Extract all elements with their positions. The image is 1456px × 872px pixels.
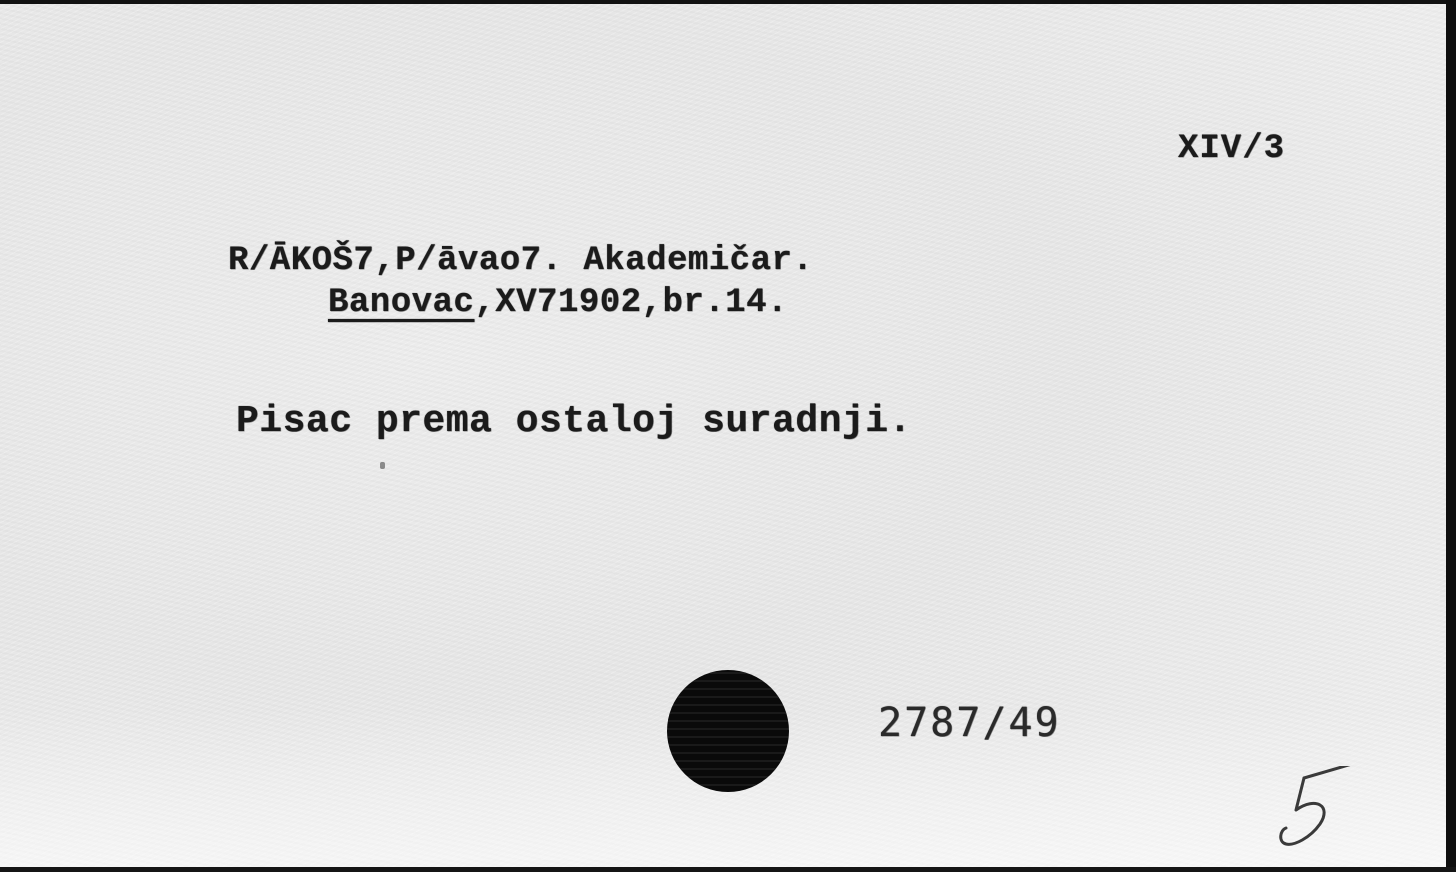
entry-publication: Banovac,XV71902,br.14. bbox=[328, 284, 788, 322]
entry-volume-issue: ,XV71902,br.14. bbox=[474, 284, 788, 322]
handwritten-five-icon bbox=[1270, 766, 1370, 856]
handwritten-page-mark: 5 bbox=[1270, 766, 1370, 856]
catalog-card: XIV/3 R/ĀKOŠ7,P/āvao7. Akademičar. Banov… bbox=[0, 4, 1448, 868]
card-bottom-border bbox=[0, 867, 1456, 872]
ink-speck bbox=[380, 462, 385, 469]
annotation-note: Pisac prema ostaloj suradnji. bbox=[236, 400, 912, 443]
punch-hole-icon bbox=[667, 670, 789, 792]
entry-author-title: R/ĀKOŠ7,P/āvao7. Akademičar. bbox=[228, 242, 813, 280]
entry-place: Banovac bbox=[328, 284, 474, 322]
accession-number: 2787/49 bbox=[878, 700, 1061, 746]
call-number: XIV/3 bbox=[1178, 130, 1285, 168]
card-right-border bbox=[1446, 0, 1456, 872]
